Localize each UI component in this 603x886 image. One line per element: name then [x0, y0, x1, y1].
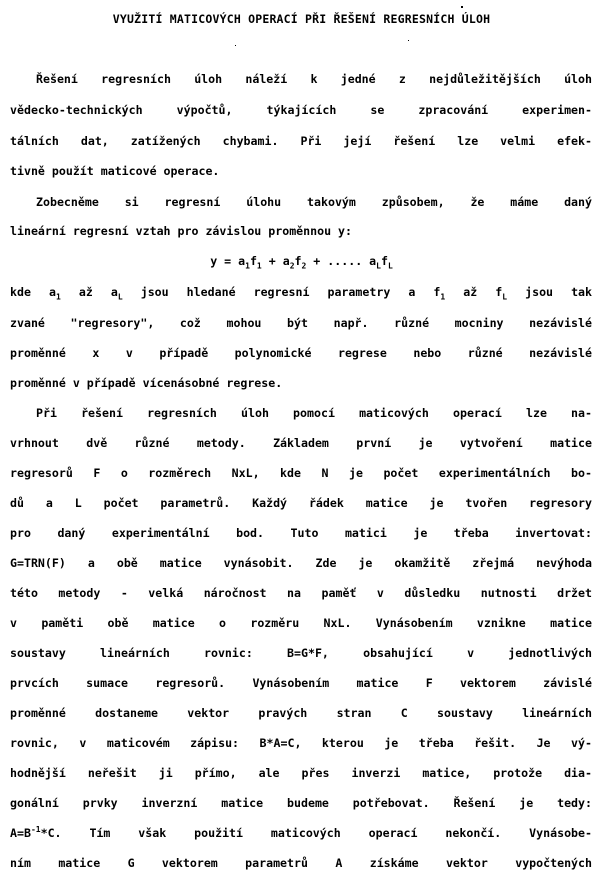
scan-speck	[408, 40, 409, 41]
paragraph-line: tivně použít maticové operace.	[10, 164, 592, 178]
paragraph-line: dů a L počet parametrů. Každý řádek mati…	[10, 496, 592, 510]
regression-formula: y = a1f1 + a2f2 + ..... aLfL	[0, 254, 603, 268]
paragraph-line: v paměti obě matice o rozměru NxL. Vynás…	[10, 616, 592, 630]
scan-speck	[461, 6, 463, 8]
paragraph-line: Při řešení regresních úloh pomocí matico…	[36, 406, 592, 420]
paragraph-line: ním matice G vektorem parametrů A získám…	[10, 856, 592, 870]
paragraph-line: Řešení regresních úloh náleží k jedné z …	[36, 72, 592, 86]
paragraph-line: proměnné v případě vícenásobné regrese.	[10, 376, 592, 390]
paragraph-line: zvané "regresory", což mohou být např. r…	[10, 316, 592, 330]
paragraph-line: rovnic, v maticovém zápisu: B*A=C, ktero…	[10, 736, 592, 750]
paragraph-line: G=TRN(F) a obě matice vynásobit. Zde je …	[10, 556, 592, 570]
parameters-definition-line: kde a1 až aL jsou hledané regresní param…	[10, 285, 592, 299]
paragraph-line: gonální prvky inverzní matice budeme pot…	[10, 796, 592, 810]
document-title: VYUŽITÍ MATICOVÝCH OPERACÍ PŘI ŘEŠENÍ RE…	[0, 12, 603, 26]
paragraph-line: tálních dat, zatížených chybami. Při jej…	[10, 134, 592, 148]
paragraph-line: prvcích sumace regresorů. Vynásobením ma…	[10, 676, 592, 690]
paragraph-line: regresorů F o rozměrech NxL, kde N je po…	[10, 466, 592, 480]
paragraph-line: lineární regresní vztah pro závislou pro…	[10, 224, 592, 238]
paragraph-line: vědecko-technických výpočtů, týkajících …	[10, 103, 592, 117]
scan-speck	[235, 45, 236, 46]
paragraph-line: této metody - velká náročnost na paměť v…	[10, 586, 592, 600]
paragraph-line: pro daný experimentální bod. Tuto matici…	[10, 526, 592, 540]
paragraph-line: proměnné dostaneme vektor pravých stran …	[10, 706, 592, 720]
paragraph-line: hodnější neřešit ji přímo, ale přes inve…	[10, 766, 592, 780]
paragraph-line: Zobecněme si regresní úlohu takovým způs…	[36, 195, 592, 209]
inverse-solution-line: A=B-1*C. Tím však použití maticových ope…	[10, 826, 592, 840]
scanned-document-page: VYUŽITÍ MATICOVÝCH OPERACÍ PŘI ŘEŠENÍ RE…	[0, 0, 603, 886]
paragraph-line: vrhnout dvě různé metody. Základem první…	[10, 436, 592, 450]
paragraph-line: proměnné x v případě polynomické regrese…	[10, 346, 592, 360]
paragraph-line: soustavy lineárních rovnic: B=G*F, obsah…	[10, 646, 592, 660]
